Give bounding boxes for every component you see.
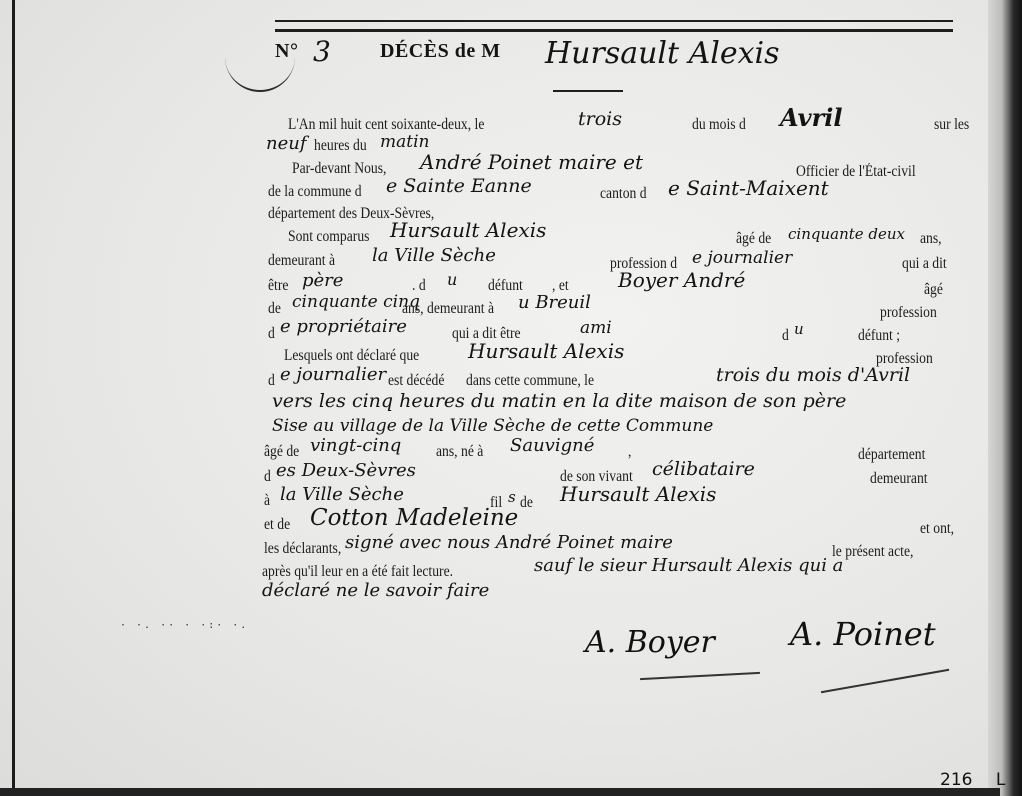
line-17-suffix: s xyxy=(508,488,516,506)
declarant-2-profession: e propriétaire xyxy=(280,316,407,337)
signing-statement-value: signé avec nous André Poinet maire xyxy=(345,532,673,553)
exception-statement-value: sauf le sieur Hursault Alexis qui a xyxy=(534,555,843,576)
line-9-label: de xyxy=(268,300,281,318)
deceased-residence-value: la Ville Sèche xyxy=(280,484,404,505)
line-8-age-label: âgé xyxy=(924,281,943,299)
line-9-profession-label: profession xyxy=(880,304,937,322)
document-page: N° 3 DÉCÈS de M Hursault Alexis L'An mil… xyxy=(0,0,1022,796)
line-15-department-label: département xyxy=(858,446,925,464)
line-12-label: d xyxy=(268,372,275,390)
father-name-value: Hursault Alexis xyxy=(560,482,716,506)
deceased-age-value: vingt-cinq xyxy=(310,435,401,456)
commune-value: e Sainte Eanne xyxy=(386,175,532,197)
line-12-commune-label: dans cette commune, le xyxy=(466,372,594,390)
line-17-of-label: de xyxy=(520,494,533,512)
declarant-1-name: Hursault Alexis xyxy=(390,218,546,242)
record-number-label: N° xyxy=(275,40,298,63)
line-17-label: à xyxy=(264,492,270,510)
signature-boyer-flourish xyxy=(640,672,760,680)
line-2-text: heures du xyxy=(314,137,367,155)
line-4-canton-label: canton d xyxy=(600,185,647,203)
line-8-suffix: u xyxy=(447,270,457,289)
declarant-2-age: cinquante cinq xyxy=(292,292,420,312)
bottom-page-edge xyxy=(0,788,1000,796)
line-18-end: et ont, xyxy=(920,520,954,538)
day-value: trois xyxy=(578,108,622,130)
line-20-text: après qu'il leur en a été fait lecture. xyxy=(262,563,453,581)
birth-department-value: es Deux-Sèvres xyxy=(276,460,416,481)
page-number-value: 216 xyxy=(940,770,972,790)
signature-boyer: A. Boyer xyxy=(585,625,715,660)
line-8-label: être xyxy=(268,277,288,295)
page-number-suffix: L xyxy=(996,770,1005,790)
record-title: DÉCÈS de M xyxy=(380,40,501,63)
line-1-end: sur les xyxy=(934,116,969,134)
line-10-suffix: u xyxy=(794,320,804,338)
line-10-of-label: d xyxy=(782,327,789,345)
hour-value: neuf xyxy=(266,133,307,154)
time-of-day-value: matin xyxy=(380,132,429,152)
officer-name-value: André Poinet maire et xyxy=(420,150,643,174)
declarant-2-residence: u Breuil xyxy=(518,292,591,313)
signature-poinet-flourish xyxy=(821,669,949,693)
line-16-label: d xyxy=(264,468,271,486)
record-number-value: 3 xyxy=(313,35,331,68)
ink-specks: · ·. ·· · ·:· ·. xyxy=(120,620,248,631)
deceased-name: Hursault Alexis xyxy=(545,36,780,71)
line-11-text: Lesquels ont déclaré que xyxy=(284,347,419,365)
cannot-sign-statement-value: déclaré ne le savoir faire xyxy=(262,580,489,601)
month-value: Avril xyxy=(780,103,842,132)
line-1-month-label: du mois d xyxy=(692,116,746,134)
title-underline xyxy=(553,90,623,92)
line-19-label: les déclarants, xyxy=(264,540,341,558)
declarant-2-name: Boyer André xyxy=(618,268,745,292)
declarant-1-residence: la Ville Sèche xyxy=(372,245,496,266)
book-binding-shadow xyxy=(988,0,1022,796)
line-10-label: d xyxy=(268,325,275,343)
line-12-deceased-label: est décédé xyxy=(388,372,444,390)
birthplace-value: Sauvigné xyxy=(510,435,594,456)
declarant-2-relation: ami xyxy=(580,318,612,338)
line-7-residence-label: demeurant à xyxy=(268,252,335,270)
line-3-text: Par-devant Nous, xyxy=(292,160,386,178)
line-7-end: qui a dit xyxy=(902,255,947,273)
declarant-1-age: cinquante deux xyxy=(788,225,905,243)
marital-status-value: célibataire xyxy=(652,458,755,480)
line-15-age-label: âgé de xyxy=(264,443,299,461)
canton-value: e Saint-Maixent xyxy=(668,176,829,200)
page-number: 216 L xyxy=(940,770,1005,790)
left-page-edge xyxy=(12,0,15,796)
line-19-end: le présent acte, xyxy=(832,543,913,561)
death-time-place-value: vers les cinq heures du matin en la dite… xyxy=(272,390,846,412)
line-18-label: et de xyxy=(264,516,290,534)
line-9-residence-label: ans, demeurant à xyxy=(402,300,494,318)
line-10-deceased-label: défunt ; xyxy=(858,327,900,345)
line-6-text: Sont comparus xyxy=(288,228,369,246)
line-15-comma: , xyxy=(628,443,631,461)
declarant-1-profession: e journalier xyxy=(692,248,792,268)
signature-poinet: A. Poinet xyxy=(790,615,936,653)
mother-name-value: Cotton Madeleine xyxy=(310,505,518,531)
deceased-name-body: Hursault Alexis xyxy=(468,339,624,363)
header-rule-top xyxy=(275,20,953,22)
line-6-age-label: âgé de xyxy=(736,230,771,248)
death-location-value: Sise au village de la Ville Sèche de cet… xyxy=(272,416,713,436)
line-6-end: ans, xyxy=(920,230,942,248)
declarant-1-relation: père xyxy=(302,270,343,291)
deceased-profession: e journalier xyxy=(280,364,386,385)
line-15-born-label: ans, né à xyxy=(436,443,483,461)
death-date-value: trois du mois d'Avril xyxy=(716,364,910,386)
line-4-commune-label: de la commune d xyxy=(268,183,362,201)
header-rule-bottom xyxy=(275,29,953,32)
line-16-residence-label: demeurant xyxy=(870,470,928,488)
